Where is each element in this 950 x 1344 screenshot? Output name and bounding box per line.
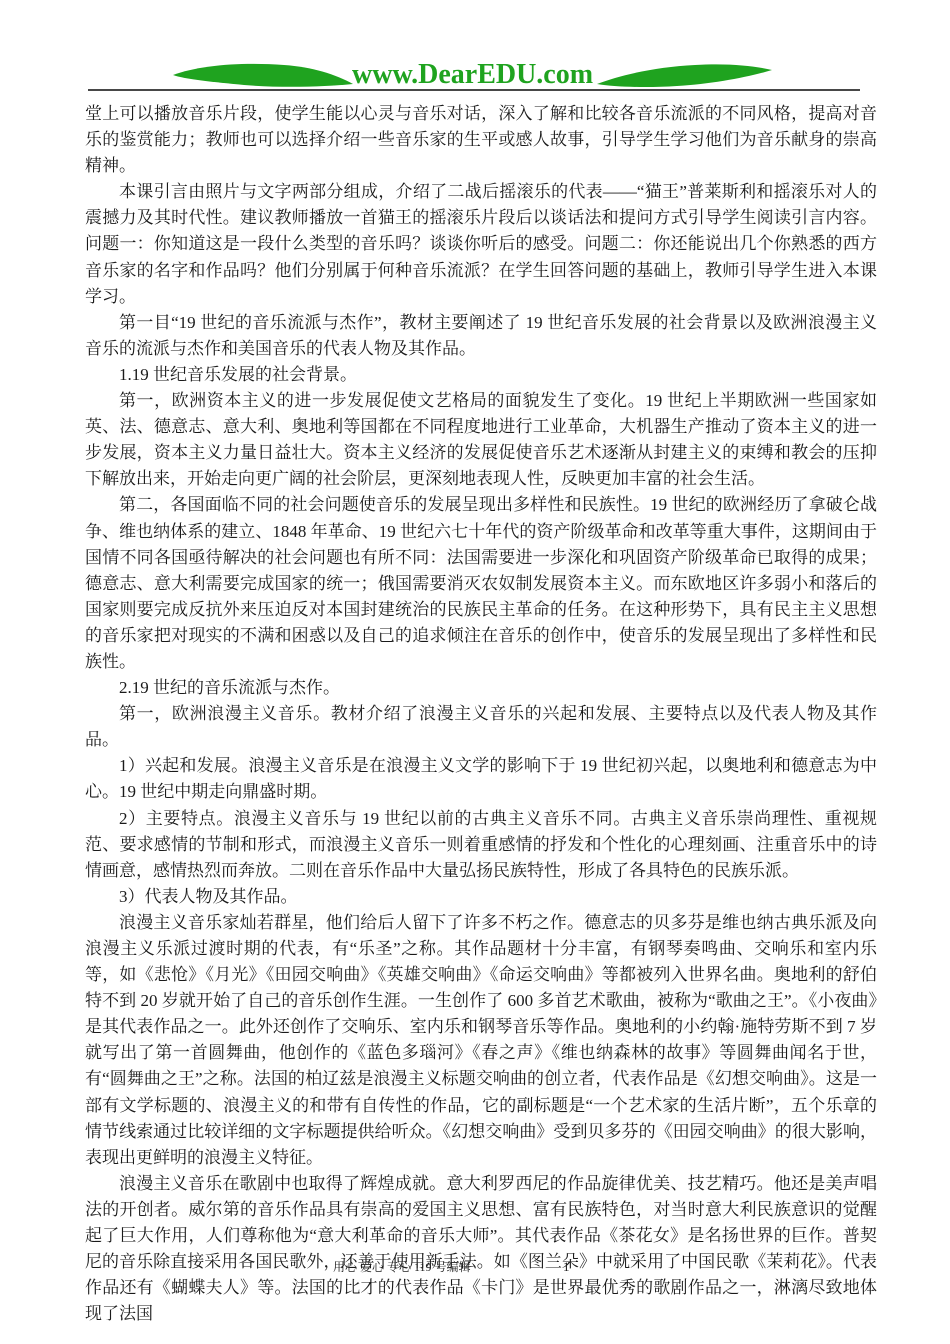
paragraph: 1.19 世纪音乐发展的社会背景。: [85, 362, 877, 388]
page-number: 1: [563, 1259, 570, 1275]
footer-note: 用心 爱心 专心 119 号编辑: [333, 1259, 471, 1275]
paragraph: 2.19 世纪的音乐流派与杰作。: [85, 675, 877, 701]
paragraph: 第一目“19 世纪的音乐流派与杰作”，教材主要阐述了 19 世纪音乐发展的社会背…: [85, 310, 877, 362]
paragraph: 堂上可以播放音乐片段，使学生能以心灵与音乐对话，深入了解和比较各音乐流派的不同风…: [85, 101, 877, 179]
paragraph: 第二，各国面临不同的社会问题使音乐的发展呈现出多样性和民族性。19 世纪的欧洲经…: [85, 492, 877, 675]
site-url-text[interactable]: www.DearEDU.com: [352, 59, 588, 91]
paragraph: 浪漫主义音乐在歌剧中也取得了辉煌成就。意大利罗西尼的作品旋律优美、技艺精巧。他还…: [85, 1171, 877, 1328]
paragraph: 本课引言由照片与文字两部分组成，介绍了二战后摇滚乐的代表——“猫王”普莱斯利和摇…: [85, 179, 877, 309]
paragraph: 3）代表人物及其作品。: [85, 884, 877, 910]
paragraph: 第一，欧洲资本主义的进一步发展促使文艺格局的面貌发生了变化。19 世纪上半期欧洲…: [85, 388, 877, 492]
paragraph: 浪漫主义音乐家灿若群星，他们给后人留下了许多不朽之作。德意志的贝多芬是维也纳古典…: [85, 910, 877, 1171]
paragraph: 2）主要特点。浪漫主义音乐与 19 世纪以前的古典主义音乐不同。古典主义音乐崇尚…: [85, 806, 877, 884]
document-body: 堂上可以播放音乐片段，使学生能以心灵与音乐对话，深入了解和比较各音乐流派的不同风…: [85, 101, 877, 1327]
document-page: www.DearEDU.com 堂上可以播放音乐片段，使学生能以心灵与音乐对话，…: [0, 0, 950, 1344]
paragraph: 第一，欧洲浪漫主义音乐。教材介绍了浪漫主义音乐的兴起和发展、主要特点以及代表人物…: [85, 701, 877, 753]
header-divider: [88, 89, 860, 91]
banner-swoosh-right-icon: [597, 62, 773, 88]
paragraph: 1）兴起和发展。浪漫主义音乐是在浪漫主义文学的影响下于 19 世纪初兴起，以奥地…: [85, 753, 877, 805]
banner-swoosh-left-icon: [172, 62, 354, 88]
